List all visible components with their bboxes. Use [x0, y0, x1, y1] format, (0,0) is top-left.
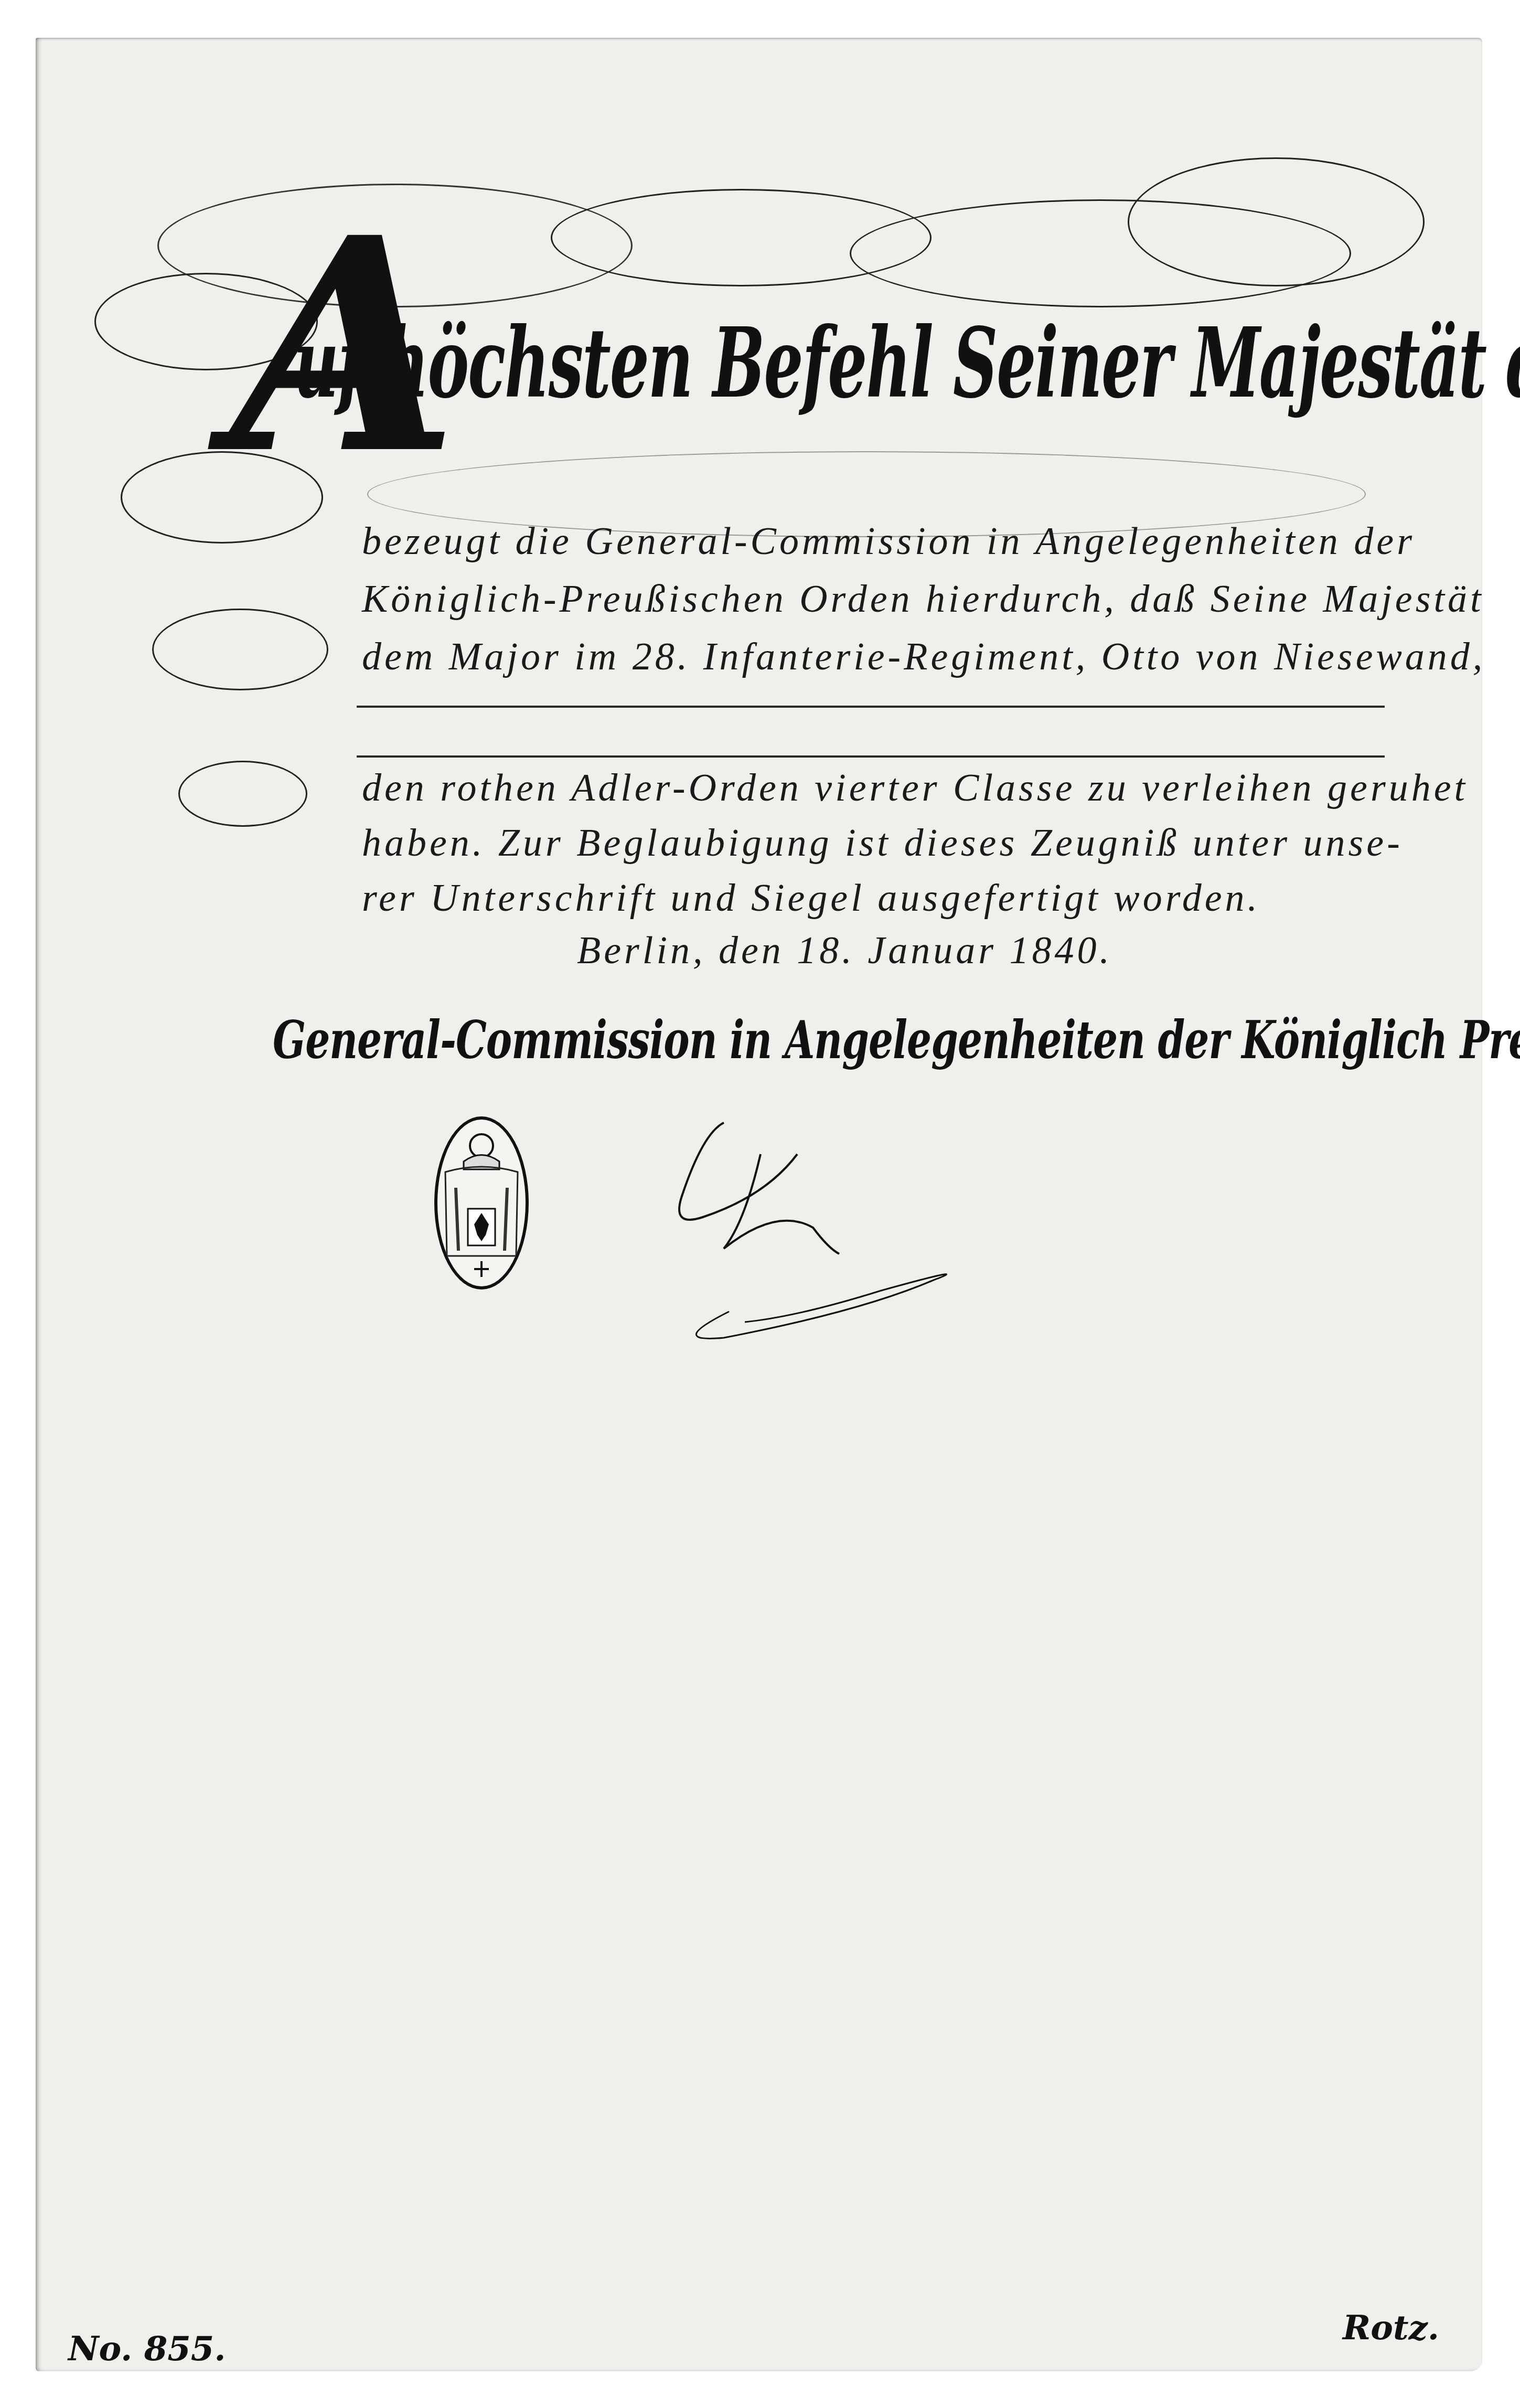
body-line-3: dem Major im 28. Infanterie-Regiment, Ot… [362, 635, 1485, 679]
ruled-line-1 [357, 706, 1385, 708]
ruled-line-2 [357, 755, 1385, 758]
flourish-left-4 [178, 761, 307, 827]
issuer-line: General-Commission in Angelegenheiten de… [273, 1010, 1520, 1071]
body-line-2: Königlich-Preußischen Orden hierdurch, d… [362, 577, 1484, 622]
flourish-left-3 [152, 609, 328, 690]
date-line: Berlin, den 18. Januar 1840. [577, 929, 1112, 973]
signature [640, 1091, 1007, 1388]
seal-coat-of-arms-icon [434, 1116, 529, 1290]
award-line-2: haben. Zur Beglaubigung ist dieses Zeugn… [362, 821, 1403, 866]
countersignature: Rotz. [1343, 2308, 1439, 2348]
award-line-1: den rothen Adler-Orden vierter Classe zu… [362, 766, 1468, 811]
flourish-top-4 [1128, 157, 1425, 286]
body-line-1: bezeugt die General-Commission in Angele… [362, 519, 1415, 564]
headline: uf höchsten Befehl Seiner Majestät des K… [294, 306, 1432, 419]
award-line-3: rer Unterschrift und Siegel ausgefertigt… [362, 876, 1260, 921]
certificate-number: No. 855. [68, 2329, 226, 2369]
